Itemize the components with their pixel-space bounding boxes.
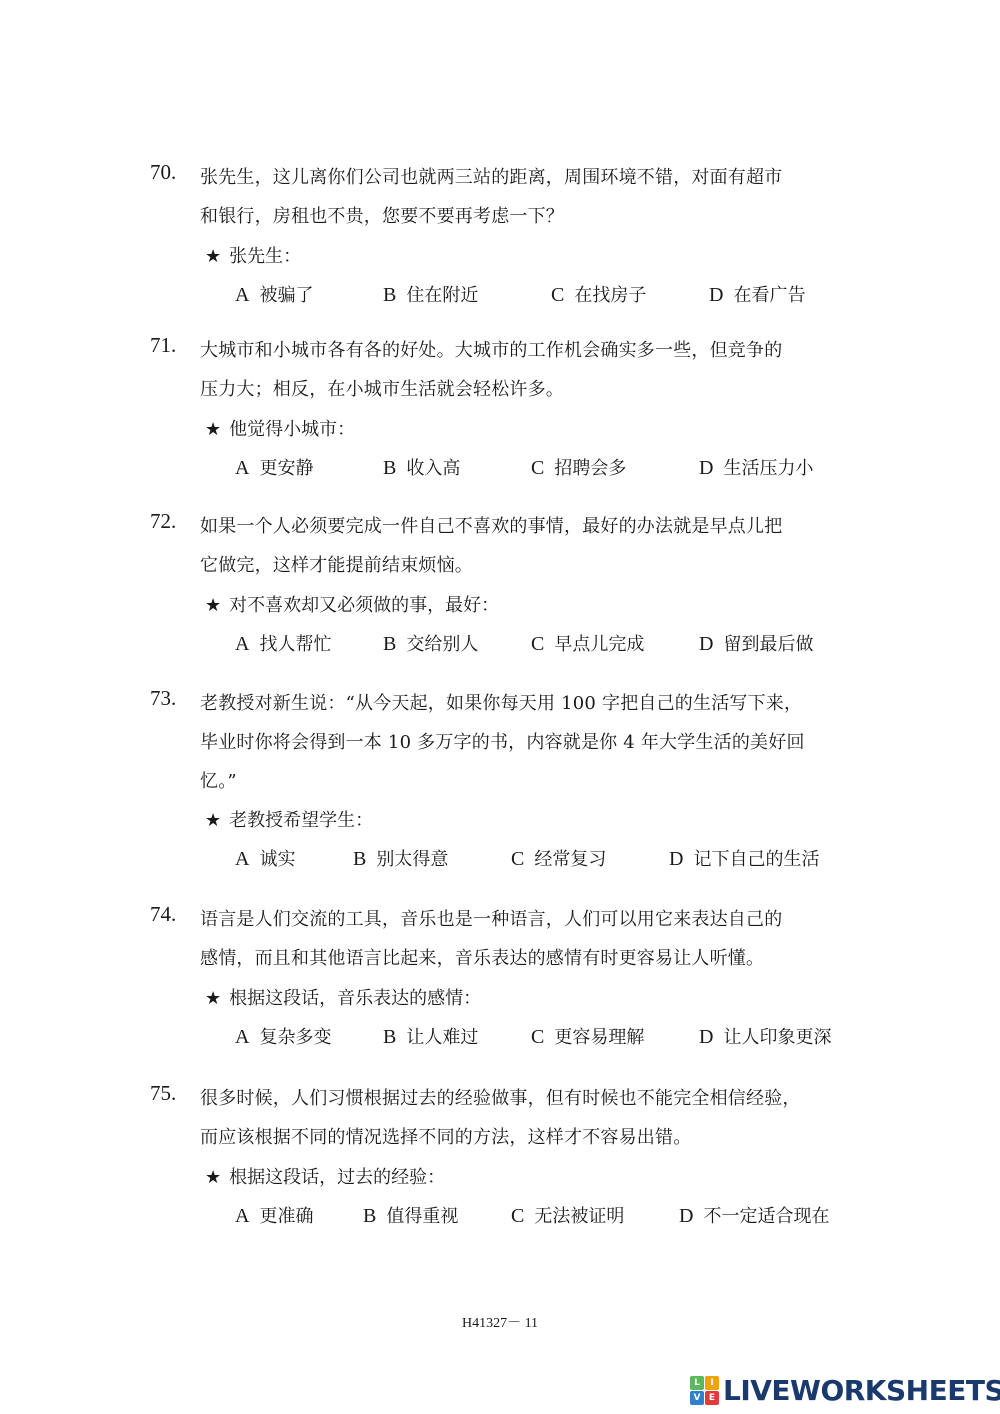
question-number: 74.: [150, 902, 176, 927]
liveworksheets-logo[interactable]: L I V E LIVEWORKSHEETS: [690, 1374, 1000, 1407]
passage-line: 而应该根据不同的情况选择不同的方法，这样才不容易出错。: [200, 1123, 691, 1149]
option-a[interactable]: A找人帮忙: [235, 630, 331, 656]
option-a[interactable]: A被骗了: [235, 281, 313, 307]
question-number: 73.: [150, 686, 176, 711]
question-prompt: ★对不喜欢却又必须做的事，最好：: [205, 591, 499, 617]
option-c[interactable]: C经常复习: [511, 845, 606, 871]
star-icon: ★: [205, 988, 221, 1009]
star-icon: ★: [205, 1167, 221, 1188]
star-icon: ★: [205, 419, 221, 440]
option-a[interactable]: A复杂多变: [235, 1023, 331, 1049]
page-footer: H41327－ 11: [0, 1312, 1000, 1332]
passage-line: 张先生，这儿离你们公司也就两三站的距离，周围环境不错，对面有超市: [200, 163, 782, 189]
question-number: 70.: [150, 160, 176, 185]
passage-line: 压力大；相反，在小城市生活就会轻松许多。: [200, 375, 564, 401]
logo-cell-v: V: [690, 1391, 704, 1405]
option-d[interactable]: D在看广告: [709, 281, 805, 307]
question-prompt: ★张先生：: [205, 242, 301, 268]
option-c[interactable]: C更容易理解: [531, 1023, 644, 1049]
option-b[interactable]: B收入高: [383, 454, 460, 480]
passage-line: 老教授对新生说：“从今天起，如果你每天用 100 字把自己的生活写下来，: [200, 689, 802, 715]
option-b[interactable]: B别太得意: [353, 845, 448, 871]
star-icon: ★: [205, 246, 221, 267]
logo-text: LIVEWORKSHEETS: [723, 1374, 1000, 1407]
option-c[interactable]: C招聘会多: [531, 454, 626, 480]
question-prompt: ★根据这段话，过去的经验：: [205, 1163, 445, 1189]
option-b[interactable]: B让人难过: [383, 1023, 478, 1049]
option-d[interactable]: D不一定适合现在: [679, 1202, 829, 1228]
question-prompt: ★根据这段话，音乐表达的感情：: [205, 984, 481, 1010]
passage-line: 如果一个人必须要完成一件自己不喜欢的事情，最好的办法就是早点儿把: [200, 512, 782, 538]
option-a[interactable]: A更准确: [235, 1202, 313, 1228]
question-number: 75.: [150, 1081, 176, 1106]
option-a[interactable]: A诚实: [235, 845, 295, 871]
passage-line: 它做完，这样才能提前结束烦恼。: [200, 551, 473, 577]
question-prompt: ★他觉得小城市：: [205, 415, 355, 441]
logo-cell-i: I: [705, 1376, 719, 1390]
logo-cell-e: E: [705, 1391, 719, 1405]
option-b[interactable]: B交给别人: [383, 630, 478, 656]
option-a[interactable]: A更安静: [235, 454, 313, 480]
option-b[interactable]: B值得重视: [363, 1202, 458, 1228]
option-d[interactable]: D让人印象更深: [699, 1023, 831, 1049]
option-b[interactable]: B住在附近: [383, 281, 478, 307]
passage-line: 感情，而且和其他语言比起来，音乐表达的感情有时更容易让人听懂。: [200, 944, 764, 970]
passage-line: 毕业时你将会得到一本 10 多万字的书，内容就是你 4 年大学生活的美好回: [200, 728, 805, 754]
option-c[interactable]: C在找房子: [551, 281, 646, 307]
passage-line: 大城市和小城市各有各的好处。大城市的工作机会确实多一些，但竞争的: [200, 336, 782, 362]
logo-cell-l: L: [690, 1376, 704, 1390]
passage-line: 语言是人们交流的工具，音乐也是一种语言，人们可以用它来表达自己的: [200, 905, 782, 931]
passage-line: 和银行，房租也不贵，您要不要再考虑一下？: [200, 202, 564, 228]
logo-icon: L I V E: [690, 1376, 719, 1405]
passage-line: 忆。”: [200, 767, 237, 793]
question-number: 72.: [150, 509, 176, 534]
option-d[interactable]: D留到最后做: [699, 630, 813, 656]
question-prompt: ★老教授希望学生：: [205, 806, 373, 832]
star-icon: ★: [205, 595, 221, 616]
option-c[interactable]: C无法被证明: [511, 1202, 624, 1228]
option-d[interactable]: D记下自己的生活: [669, 845, 819, 871]
option-c[interactable]: C早点儿完成: [531, 630, 644, 656]
passage-line: 很多时候，人们习惯根据过去的经验做事，但有时候也不能完全相信经验，: [200, 1084, 801, 1110]
option-d[interactable]: D生活压力小: [699, 454, 813, 480]
question-number: 71.: [150, 333, 176, 358]
star-icon: ★: [205, 810, 221, 831]
